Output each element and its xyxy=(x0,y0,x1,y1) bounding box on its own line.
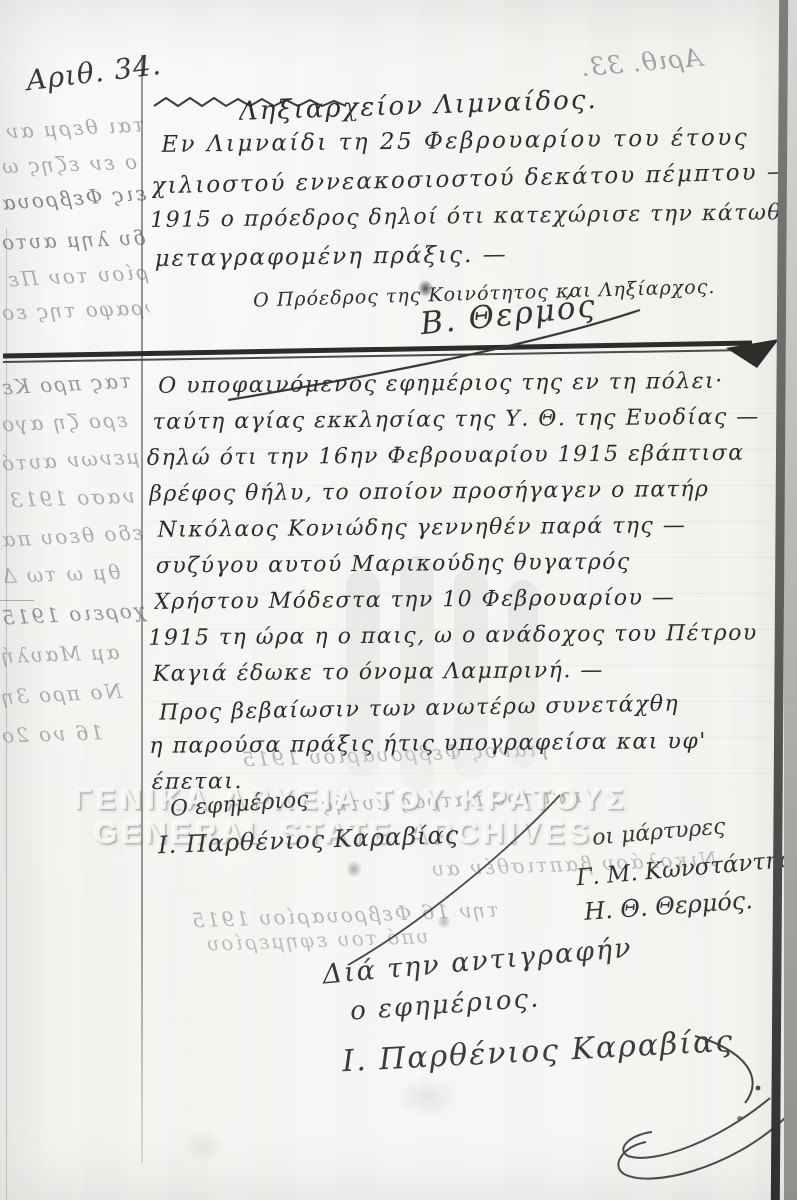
scanned-document-page: ται θερμ ανο εν εζης ωεις Φεβρουαδυ λημ … xyxy=(0,0,797,1200)
act-line: Χρήστου Μόδεστα την 10 Φεβρουαρίου — xyxy=(154,585,797,614)
act-number-bleedthrough: Αριθ. 33. xyxy=(579,43,703,83)
act-line: 1915 τη ώρα η ο παις, ω ο ανάδοχος του Π… xyxy=(148,621,797,650)
bleedthrough-fragment: θμ ω τω Δ xyxy=(0,560,121,588)
stain xyxy=(182,1130,226,1164)
witnesses-role-label: οι μάρτυρες xyxy=(591,814,726,851)
witness-signature-2: Η. Θ. Θερμός. xyxy=(583,886,753,926)
header-line: μεταγραφομένη πράξις. — xyxy=(154,238,797,272)
ink-speck xyxy=(737,1116,743,1121)
bleedthrough-fragment: εις Φεβρουα xyxy=(0,181,147,215)
bleedthrough-fragment: χορειο 1915 xyxy=(0,598,146,630)
bleedthrough-fragment: εδο θεου πα xyxy=(0,520,144,551)
registry-header-block: Ληξιαρχείον Λιμναίδος.Εν Λιμναίδι τη 25 … xyxy=(149,86,797,322)
ink-speck xyxy=(523,1048,528,1053)
bleedthrough-fragment: 16 νο 2ο xyxy=(0,720,104,748)
stain xyxy=(346,860,362,878)
bleedthrough-fragment: νασο 1913 xyxy=(8,484,135,512)
bleedthrough-fragment: ο εν εζης ω xyxy=(0,150,137,179)
header-line: χιλιοστού εννεακοσιοστού δεκάτου πέμπτου… xyxy=(151,159,797,200)
act-line: Προς βεβαίωσιν των ανωτέρω συνετάχθη xyxy=(159,690,797,724)
bleedthrough-fragment: μενων αυτό xyxy=(0,444,140,475)
stain xyxy=(437,915,451,929)
act-line: ταύτη αγίας εκκλησίας της Υ. Θ. της Ευοδ… xyxy=(152,405,797,434)
certification-line-2: ο εφημέριος. xyxy=(349,983,541,1026)
act-line: συζύγου αυτού Μαρικούδης θυγατρός xyxy=(156,549,797,578)
fold-crease-mark xyxy=(0,600,34,601)
witness-signature-1: Γ. Μ. Κωνστάντης xyxy=(575,847,792,892)
stain xyxy=(395,1075,459,1119)
ink-blot xyxy=(418,280,433,297)
bleedthrough-fragment: δυ λημ αυτο xyxy=(0,225,146,254)
header-line: Ληξιαρχείον Λιμναίδος. xyxy=(238,80,797,125)
act-line: Καγιά έδωκε το όνομα Λαμπρινή. — xyxy=(153,657,797,686)
act-line: Νικόλαος Κονιώδης γεννηθέν παρά της — xyxy=(157,513,797,542)
bleedthrough-fragment: Νο προ 3η xyxy=(0,679,122,709)
act-line: βρέφος θήλυ, το οποίον προσήγαγεν ο πατή… xyxy=(149,477,797,506)
header-line: 1915 ο πρόεδρος δηλοί ότι κατεχώρισε την… xyxy=(150,200,797,234)
paraph-flourish xyxy=(580,1080,790,1195)
margin-rule-line xyxy=(141,55,143,1163)
act-line: δηλώ ότι την 16ην Φεβρουαρίου 1915 εβάπτ… xyxy=(147,441,797,470)
baptism-act-body: Ο υποφαινόμενος εφημέριος της εν τη πόλε… xyxy=(146,369,797,807)
bleedthrough-fragment: αμ Μαυλή xyxy=(0,640,120,668)
bleedthrough-fragment: χωρίου τον Πε xyxy=(5,258,150,291)
certification-signature: Ι. Παρθένιος Καραβίας xyxy=(341,1024,735,1079)
act-line: Ο υποφαινόμενος εφημέριος της εν τη πόλε… xyxy=(158,369,797,398)
header-line: Εν Λιμναίδι τη 25 Φεβρουαρίου του έτους xyxy=(161,124,797,158)
act-line: η παρούσα πράξις ήτις υπογραφείσα και υφ… xyxy=(149,729,797,758)
bleedthrough-fragment: ται θερμ αν xyxy=(3,112,144,143)
